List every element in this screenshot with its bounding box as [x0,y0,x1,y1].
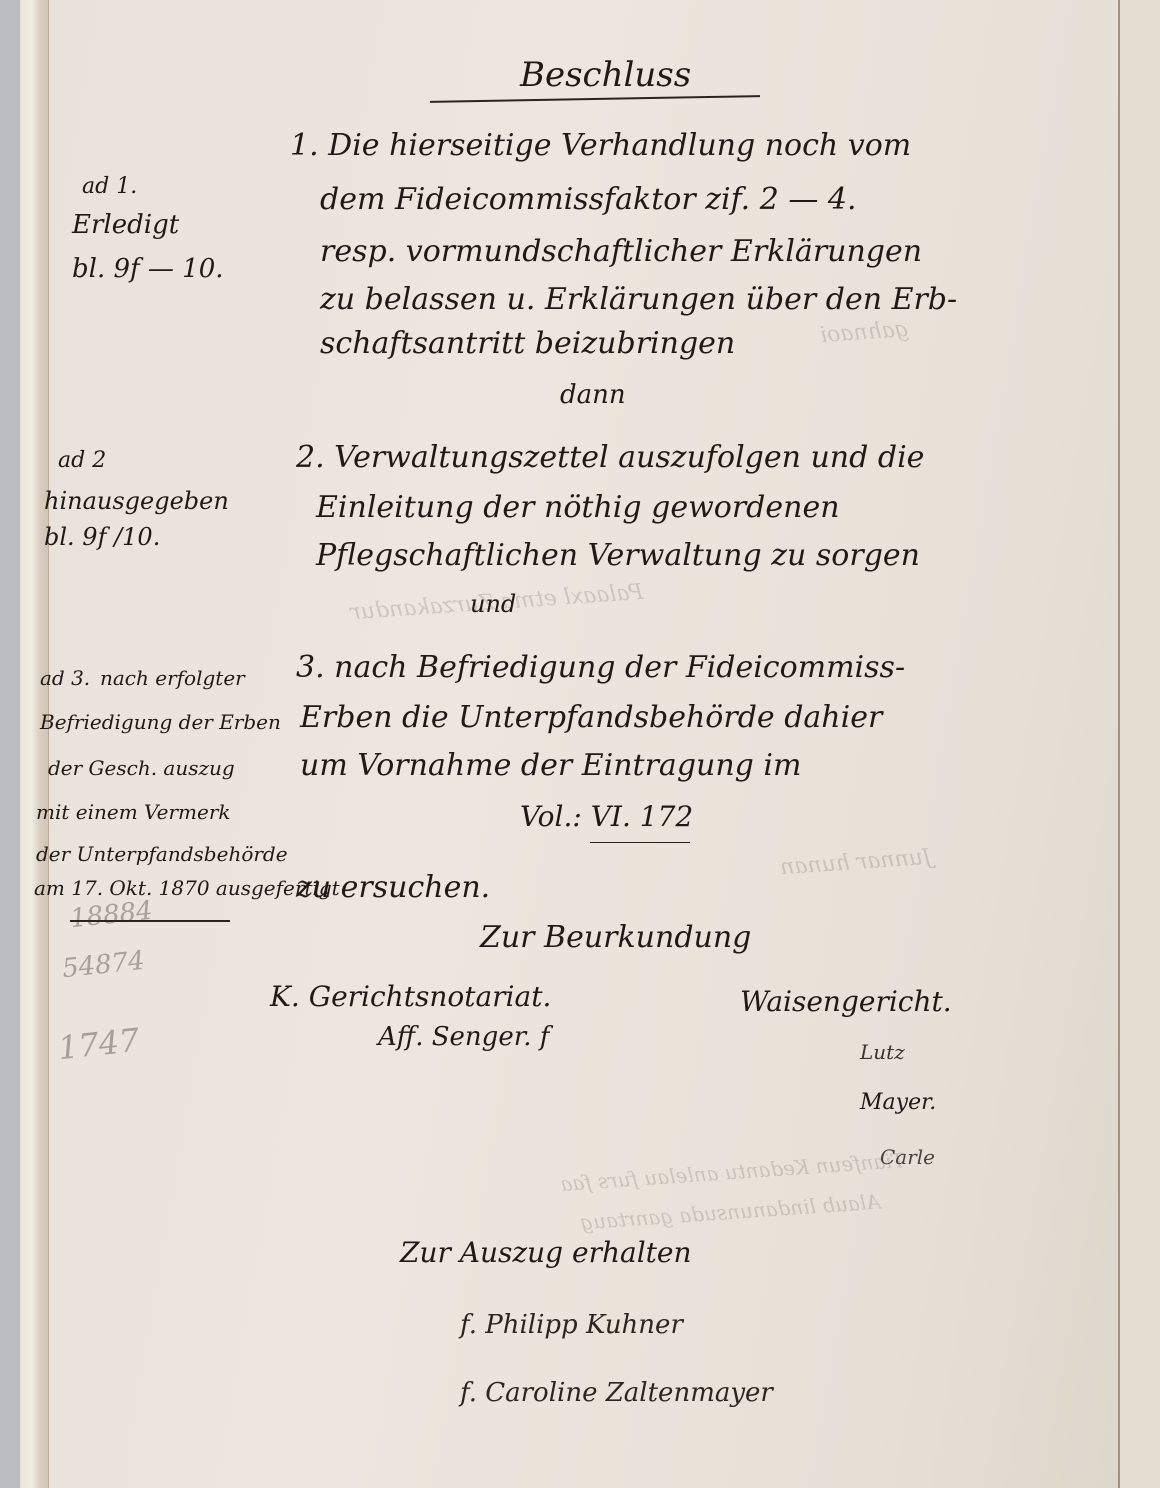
margin-note-line: bl. 9f — 10. [72,250,224,288]
body-line: Erben die Unterpfandsbehörde dahier [300,700,882,735]
margin-note-line: mit einem Vermerk [36,800,231,824]
margin-note-line: nach erfolgter [100,666,245,690]
margin-note-label: ad 3. [40,666,90,690]
body-line: zu belassen u. Erklärungen über den Erb- [320,282,957,317]
signature-member: Lutz [860,1040,905,1064]
body-line: dem Fideicommissfaktor zif. 2 — 4. [320,182,857,217]
signature-member: Carle [880,1145,935,1169]
margin-note-line: Befriedigung der Erben [40,710,281,734]
signature-name-left: Aff. Senger. f [378,1022,549,1052]
receipt-entry: f. Philipp Kuhner [460,1310,683,1340]
margin-note-line: der Unterpfandsbehörde [36,842,288,866]
reference-underline [590,842,690,843]
margin-note-label: ad 1. [82,168,137,206]
subscription: Zur Beurkundung [480,920,751,955]
margin-note-line: am 17. Okt. 1870 ausgefertigt [34,876,340,900]
binding-edge [20,0,49,1488]
margin-note-line: bl. 9f /10. [44,518,160,556]
body-line: um Vornahme der Eintragung im [300,748,801,783]
connector-word: dann [560,380,626,410]
body-line: Pflegschaftlichen Verwaltung zu sorgen [316,538,920,573]
margin-note-line: Erledigt [72,206,179,244]
body-line: 3. nach Befriedigung der Fideicommiss- [296,650,905,685]
receipt-heading: Zur Auszug erhalten [400,1236,692,1269]
volume-reference: Vol.: VI. 172 [520,800,693,833]
adjacent-page-edge [1118,0,1160,1488]
margin-note-label: ad 2 [58,442,106,480]
body-line: Einleitung der nöthig gewordenen [316,490,840,525]
connector-word: und [470,590,516,618]
margin-note-line: hinausgegeben [44,482,229,520]
signature-office-right: Waisengericht. [740,985,952,1018]
margin-note-line: der Gesch. auszug [48,756,235,780]
receipt-entry: f. Caroline Zaltenmayer [460,1378,773,1408]
document-title: Beschluss [520,55,691,95]
body-line: 1. Die hierseitige Verhandlung noch vom [290,128,911,163]
body-line: schaftsantritt beizubringen [320,326,735,361]
closing-line: zu ersuchen. [296,870,490,905]
body-line: 2. Verwaltungszettel auszufolgen und die [296,440,924,475]
body-line: resp. vormundschaftlicher Erklärungen [320,234,922,269]
signature-office-left: K. Gerichtsnotariat. [270,980,551,1013]
signature-member: Mayer. [860,1090,936,1115]
